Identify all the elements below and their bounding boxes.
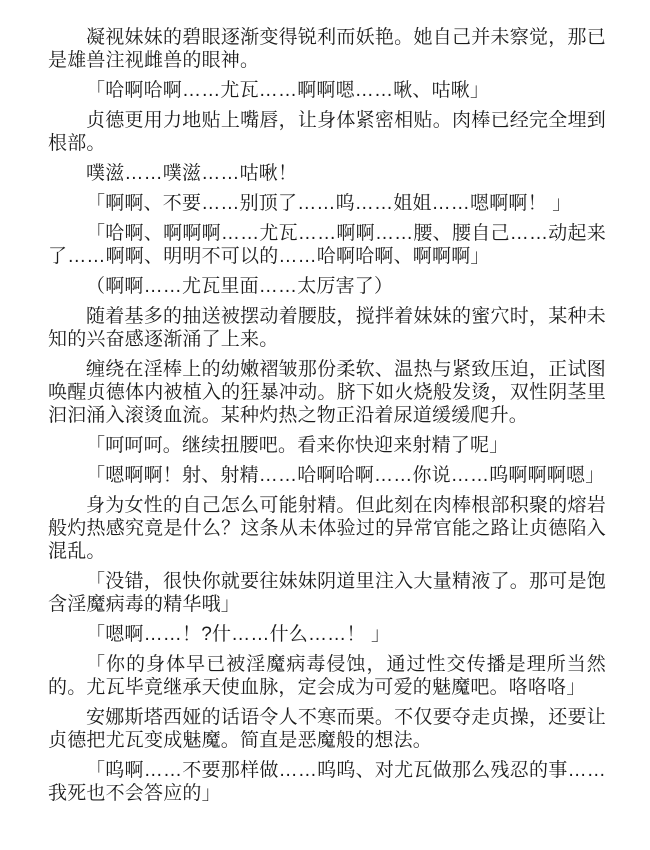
paragraph-sfx: 噗滋……噗滋……咕啾！ [48,162,606,185]
paragraph-dialogue: 「啊啊、不要……别顶了……呜……姐姐……嗯啊啊！ 」 [48,192,606,215]
novel-text-page: 凝视妹妹的碧眼逐渐变得锐利而妖艳。她自己并未察觉，那已是雄兽注视雌兽的眼神。 「… [0,0,650,850]
paragraph-dialogue: 「没错，很快你就要往妹妹阴道里注入大量精液了。那可是饱含淫魔病毒的精华哦」 [48,570,606,616]
paragraph-dialogue: 「哈啊、啊啊啊……尤瓦……啊啊……腰、腰自己……动起来了……啊啊、明明不可以的…… [48,222,606,268]
paragraph: 随着基多的抽送被摆动着腰肢，搅拌着妹妹的蜜穴时，某种未知的兴奋感逐渐涌了上来。 [48,305,606,351]
paragraph-thought: （啊啊……尤瓦里面……太厉害了） [48,275,606,298]
paragraph: 身为女性的自己怎么可能射精。但此刻在肉棒根部积聚的熔岩般灼热感究竟是什么？这条从… [48,494,606,563]
paragraph: 安娜斯塔西娅的话语令人不寒而栗。不仅要夺走贞操，还要让贞德把尤瓦变成魅魔。简直是… [48,706,606,752]
paragraph-dialogue: 「哈啊哈啊……尤瓦……啊啊嗯……啾、咕啾」 [48,79,606,102]
paragraph-dialogue: 「嗯啊啊！射、射精……哈啊哈啊……你说……呜啊啊啊嗯」 [48,464,606,487]
paragraph: 凝视妹妹的碧眼逐渐变得锐利而妖艳。她自己并未察觉，那已是雄兽注视雌兽的眼神。 [48,26,606,72]
paragraph-dialogue: 「呵呵呵。继续扭腰吧。看来你快迎来射精了呢」 [48,434,606,457]
paragraph-dialogue: 「呜啊……不要那样做……呜呜、对尤瓦做那么残忍的事……我死也不会答应的」 [48,759,606,805]
paragraph: 贞德更用力地贴上嘴唇，让身体紧密相贴。肉棒已经完全埋到根部。 [48,109,606,155]
paragraph-dialogue: 「你的身体早已被淫魔病毒侵蚀，通过性交传播是理所当然的。尤瓦毕竟继承天使血脉，定… [48,653,606,699]
paragraph-dialogue: 「嗯啊……！?什……什么……！ 」 [48,623,606,646]
paragraph: 缠绕在淫棒上的幼嫩褶皱那份柔软、温热与紧致压迫，正试图唤醒贞德体内被植入的狂暴冲… [48,358,606,427]
